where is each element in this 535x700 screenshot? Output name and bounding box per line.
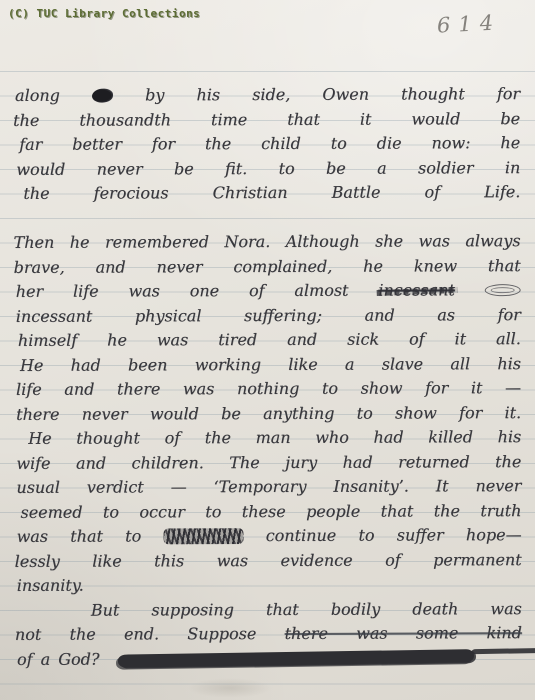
handwritten-text: brave, and never complained, he knew tha… — [14, 256, 521, 277]
blank-line — [13, 205, 520, 231]
handwritten-text: not the end. Suppose — [15, 624, 257, 644]
manuscript-line: usual verdict — ‘Temporary Insanity’. It… — [14, 474, 521, 500]
handwritten-text: of a God? — [17, 649, 100, 668]
pen-scribble-doodle — [485, 284, 521, 296]
handwritten-text: But supposing that bodily death was — [91, 599, 522, 620]
manuscript-line: He thought of the man who had killed his — [14, 425, 521, 451]
manuscript-line: He had been working like a slave all his — [14, 352, 521, 378]
manuscript-line: of a God? — [15, 646, 522, 672]
handwritten-text: her life was one of almost — [16, 281, 349, 301]
manuscript-line: seemed to occur to these people that the… — [14, 499, 521, 525]
handwritten-text: insanity. — [17, 576, 84, 595]
handwritten-text: there never would be anything to show fo… — [16, 403, 521, 424]
manuscript-line: the thousandth time that it would be — [13, 107, 520, 133]
crossed-out-word: incessant — [378, 280, 455, 299]
manuscript-line: was that to continue to suffer hope— — [15, 523, 522, 549]
scanned-manuscript-page: (C) TUC Library Collections 614 along by… — [0, 0, 535, 700]
handwritten-text: seemed to occur to these people that the… — [20, 501, 521, 522]
handwritten-text: the ferocious Christian Battle of Life. — [23, 182, 520, 203]
manuscript-line: insanity. — [15, 572, 522, 598]
library-watermark: (C) TUC Library Collections — [8, 7, 200, 20]
manuscript-line: life and there was nothing to show for i… — [14, 376, 521, 402]
handwritten-text: Then he remembered Nora. Although she wa… — [13, 231, 520, 252]
handwritten-text: lessly like this was evidence of permane… — [15, 550, 522, 571]
handwritten-text: incessant physical suffering; and as for — [16, 305, 521, 326]
manuscript-line: incessant physical suffering; and as for — [14, 303, 521, 329]
handwritten-text: himself he was tired and sick of it all. — [18, 329, 521, 350]
handwritten-text: would never be fit. to be a soldier in — [16, 158, 520, 179]
handwritten-text: wife and children. The jury had returned… — [16, 452, 521, 473]
manuscript-line: far better for the child to die now: he — [13, 131, 520, 157]
manuscript-lines: along by his side, Owen thought forthe t… — [13, 82, 522, 672]
manuscript-line: not the end. Suppose there was some kind — [15, 621, 522, 647]
handwritten-text: along — [15, 86, 60, 105]
manuscript-line: the ferocious Christian Battle of Life. — [13, 180, 520, 206]
handwritten-text: continue to suffer hope— — [266, 525, 522, 545]
scribbled-out-word — [163, 528, 243, 544]
page-number: 614 — [436, 10, 501, 37]
manuscript-line: there never would be anything to show fo… — [14, 401, 521, 427]
manuscript-line: would never be fit. to be a soldier in — [13, 156, 520, 182]
lightly-struck-text: there was some kind — [285, 623, 522, 643]
manuscript-line: But supposing that bodily death was — [15, 597, 522, 623]
handwritten-text: He thought of the man who had killed his — [28, 427, 521, 448]
handwritten-text: the thousandth time that it would be — [13, 109, 520, 130]
handwritten-text: by his side, Owen thought for — [145, 84, 520, 104]
manuscript-line: her life was one of almost incessant — [14, 278, 521, 304]
manuscript-line: along by his side, Owen thought for — [13, 82, 520, 108]
handwritten-text: was that to — [17, 526, 142, 545]
manuscript-line: himself he was tired and sick of it all. — [14, 327, 521, 353]
ink-blot — [92, 89, 113, 103]
handwritten-text: He had been working like a slave all his — [20, 354, 521, 375]
manuscript-line: wife and children. The jury had returned… — [14, 450, 521, 476]
redacted-text-bar — [117, 649, 473, 668]
handwritten-text: far better for the child to die now: he — [19, 133, 520, 154]
handwritten-text: usual verdict — ‘Temporary Insanity’. It… — [16, 476, 521, 497]
handwritten-text: life and there was nothing to show for i… — [16, 378, 521, 399]
manuscript-line: brave, and never complained, he knew tha… — [14, 254, 521, 280]
manuscript-line: lessly like this was evidence of permane… — [15, 548, 522, 574]
manuscript-line: Then he remembered Nora. Although she wa… — [13, 229, 520, 255]
